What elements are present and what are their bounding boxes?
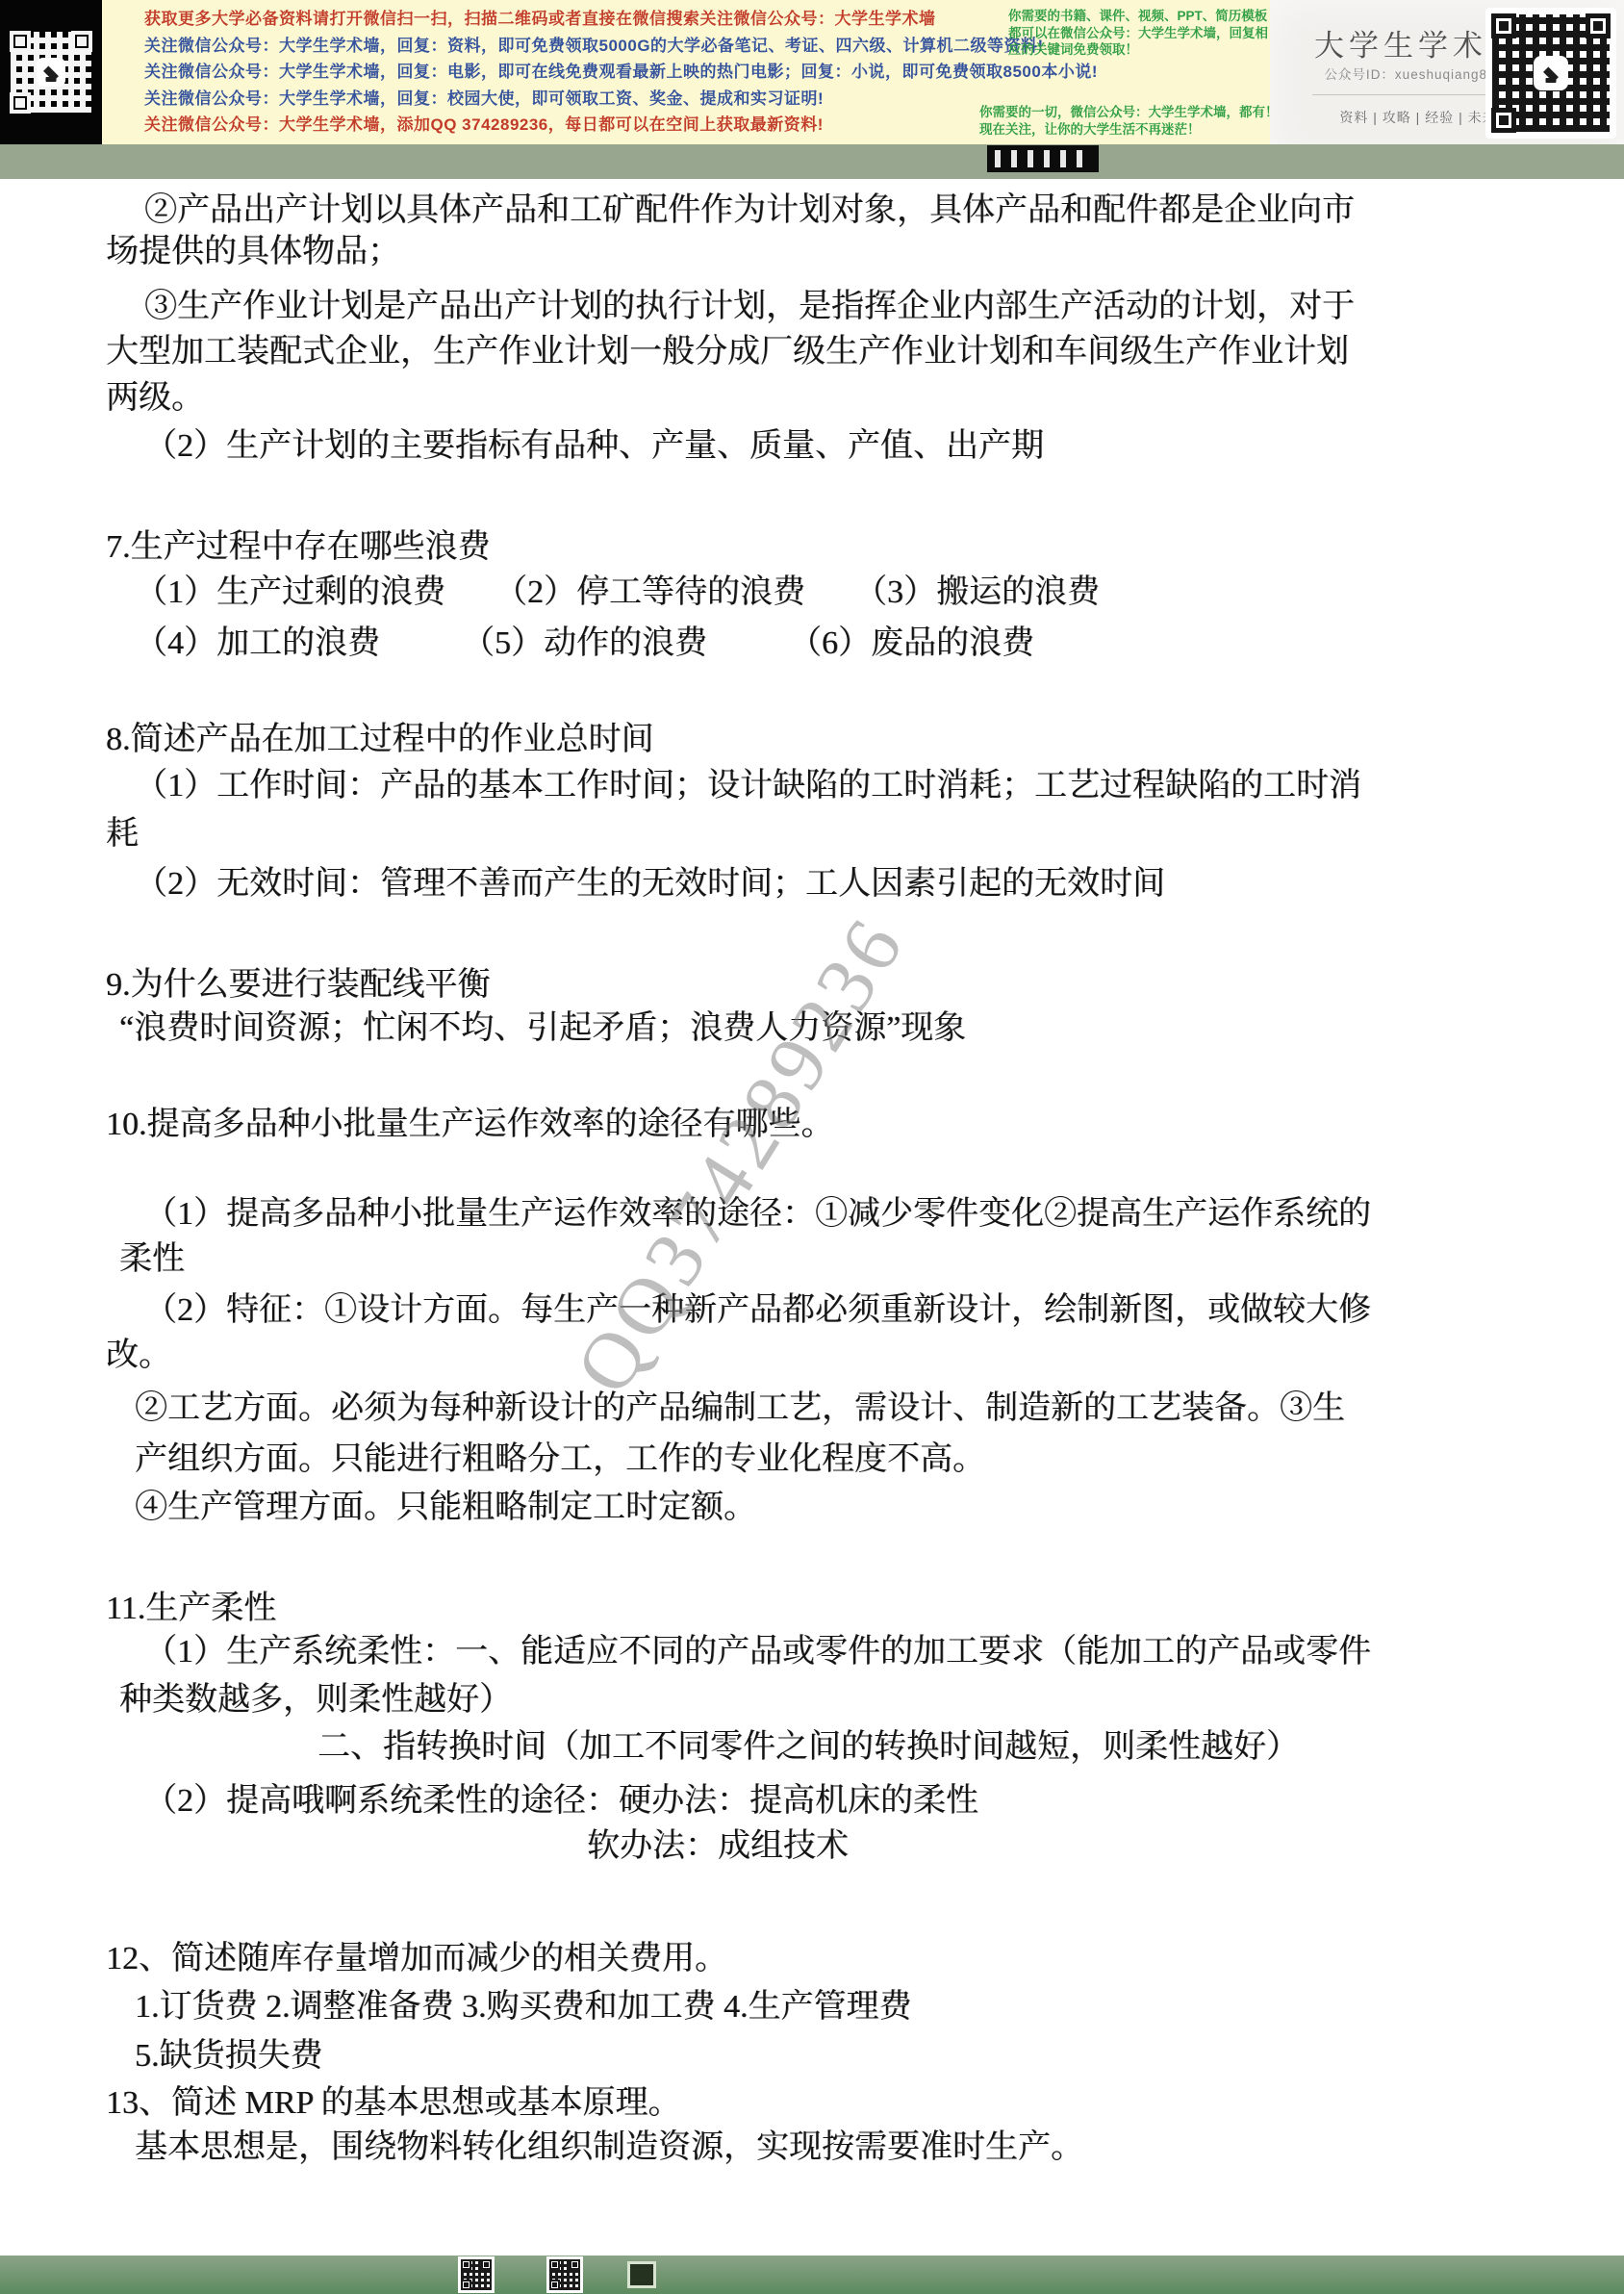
doc-line: 8.简述产品在加工过程中的作业总时间 xyxy=(106,712,654,759)
doc-line: （4）加工的浪费 （5）动作的浪费 （6）废品的浪费 xyxy=(135,616,1034,663)
doc-line: ④生产管理方面。只能粗略制定工时定额。 xyxy=(135,1480,756,1527)
doc-line: 耗 xyxy=(106,806,139,854)
doc-line: 7.生产过程中存在哪些浪费 xyxy=(106,520,491,567)
doc-line: （2）无效时间：管理不善而产生的无效时间；工人因素引起的无效时间 xyxy=(135,856,1165,904)
doc-line: 种类数越多，则柔性越好） xyxy=(119,1672,512,1720)
cropped-dark-logo xyxy=(987,145,1099,172)
doc-line: 5.缺货损失费 xyxy=(135,2028,323,2076)
qr-finder-icon xyxy=(71,31,92,52)
doc-line: 11.生产柔性 xyxy=(106,1581,276,1628)
doc-line: 产组织方面。只能进行粗略分工，工作的专业化程度不高。 xyxy=(135,1432,985,1479)
promo-banner: 获取更多大学必备资料请打开微信扫一扫，扫描二维码或者直接在微信搜索关注微信公众号… xyxy=(102,0,1270,144)
scan-seam-strip xyxy=(0,144,1624,179)
qr-finder-icon xyxy=(10,92,31,114)
doc-line: 两级。 xyxy=(106,370,204,418)
doc-line: 13、简述 MRP 的基本思想或基本原理。 xyxy=(106,2076,681,2123)
wechat-qr-code-icon xyxy=(6,27,96,117)
doc-line: ③生产作业计划是产品出产计划的执行计划，是指挥企业内部生产活动的计划，对于 xyxy=(144,279,1355,326)
account-card: 大学生学术墙 公众号ID：xueshuqiang8888 资料 | 攻略 | 经… xyxy=(1270,0,1624,164)
doc-line: 大型加工装配式企业，生产作业计划一般分成厂级生产作业计划和车间级生产作业计划 xyxy=(106,324,1349,371)
doc-line: 改。 xyxy=(106,1328,171,1375)
promo-line: 应的关键词免费领取！ xyxy=(1008,41,1297,59)
follow-qr-code-icon xyxy=(1485,8,1616,139)
doc-line: 二、指转换时间（加工不同零件之间的转换时间越短，则柔性越好） xyxy=(317,1720,1299,1767)
doc-line: （1）工作时间：产品的基本工作时间；设计缺陷的工时消耗；工艺过程缺陷的工时消 xyxy=(135,758,1361,805)
promo-line: 现在关注，让你的大学生活不再迷茫！ xyxy=(979,121,1297,139)
doc-line: ②工艺方面。必须为每种新设计的产品编制工艺，需设计、制造新的工艺装备。③生 xyxy=(135,1381,1345,1428)
graduation-cap-logo-icon xyxy=(1534,56,1568,90)
doc-line: 柔性 xyxy=(119,1232,185,1279)
graduation-cap-logo-icon xyxy=(37,58,65,87)
banner-line: 关注微信公众号：大学生学术墙，回复：电影，即可在线免费观看最新上映的热门电影；回… xyxy=(102,59,1270,86)
document-body: ②产品出产计划以具体产品和工矿配件作为计划对象，具体产品和配件都是企业向市 场提… xyxy=(0,179,1624,2256)
qr-finder-icon xyxy=(1491,13,1516,38)
doc-line: 1.订货费 2.调整准备费 3.购买费和加工费 4.生产管理费 xyxy=(135,1979,912,2026)
doc-line: （2）生产计划的主要指标有品种、产量、质量、产值、出产期 xyxy=(144,419,1044,466)
doc-line: ②产品出产计划以具体产品和工矿配件作为计划对象，具体产品和配件都是企业向市 xyxy=(144,183,1355,230)
scanned-document-page: 获取更多大学必备资料请打开微信扫一扫，扫描二维码或者直接在微信搜索关注微信公众号… xyxy=(0,0,1624,2294)
doc-line: 基本思想是，围绕物料转化组织制造资源，实现按需要准时生产。 xyxy=(135,2120,1083,2167)
doc-line: 软办法：成组技术 xyxy=(587,1819,849,1866)
promo-line: 你需要的一切，微信公众号：大学生学术墙，都有！ xyxy=(979,104,1297,121)
promo-note-follow: 你需要的一切，微信公众号：大学生学术墙，都有！ 现在关注，让你的大学生活不再迷茫… xyxy=(979,104,1297,138)
doc-line: 场提供的具体物品； xyxy=(106,224,400,271)
doc-line: 9.为什么要进行装配线平衡 xyxy=(106,957,491,1005)
promo-line: 都可以在微信公众号：大学生学术墙，回复相 xyxy=(1008,25,1297,42)
qr-finder-icon xyxy=(10,31,31,52)
bottom-banner-strip xyxy=(0,2256,1624,2294)
doc-line: （1）生产过剩的浪费 （2）停工等待的浪费 （3）搬运的浪费 xyxy=(135,565,1100,612)
small-qr-code-icon xyxy=(458,2256,495,2293)
doc-line: （2）提高哦啊系统柔性的途径：硬办法：提高机床的柔性 xyxy=(144,1773,978,1821)
doc-line: （1）生产系统柔性：一、能适应不同的产品或零件的加工要求（能加工的产品或零件 xyxy=(144,1624,1371,1671)
header-qr-panel xyxy=(0,0,102,144)
doc-line: （2）特征：①设计方面。每生产一种新产品都必须重新设计，绘制新图，或做较大修 xyxy=(144,1283,1371,1330)
small-qr-code-icon xyxy=(546,2256,583,2293)
promo-note-books: 你需要的书籍、课件、视频、PPT、简历模板 都可以在微信公众号：大学生学术墙，回… xyxy=(1008,8,1297,59)
qr-finder-icon xyxy=(1586,13,1611,38)
doc-line: 12、简述随库存量增加而减少的相关费用。 xyxy=(106,1931,727,1978)
promo-line: 你需要的书籍、课件、视频、PPT、简历模板 xyxy=(1008,8,1297,25)
small-logo-chip xyxy=(627,2261,656,2288)
qr-finder-icon xyxy=(1491,108,1516,133)
